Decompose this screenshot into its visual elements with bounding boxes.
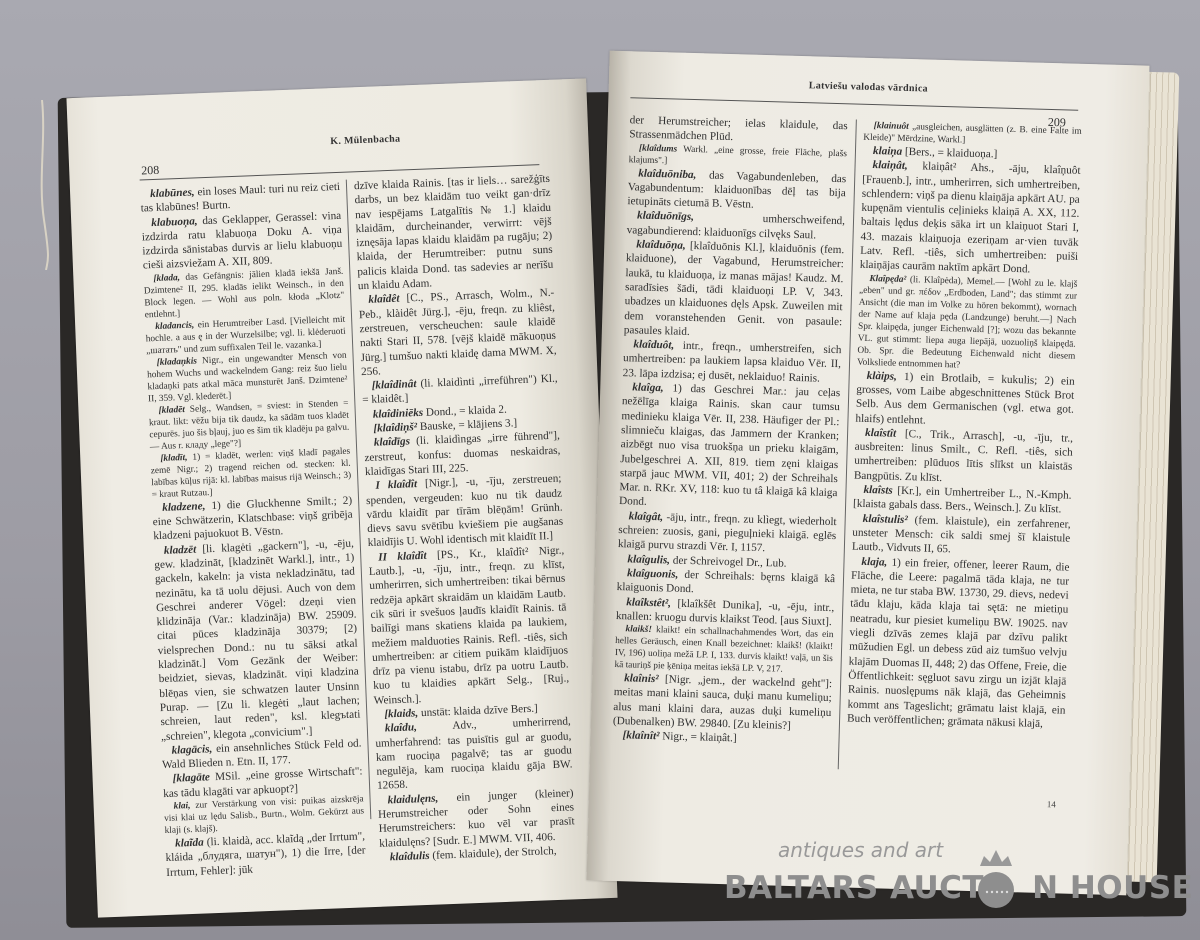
dictionary-entry: klàips, 1) ein Brotlaib, = kukulis; 2) e… <box>855 368 1075 431</box>
dictionary-entry: Klaîpęda² (li. Klaîpėda), Memel.— [Wohl … <box>857 272 1078 374</box>
entry-headword: klaikš! <box>625 624 652 635</box>
entry-definition: [PS., Kr., klaîdît² Nigr., Lautb.], -u, … <box>369 544 570 706</box>
entry-headword: klaîgât, <box>629 510 664 523</box>
entry-headword: II klaîdît <box>378 550 427 564</box>
running-head-left: K. Mülenbacha <box>330 134 400 148</box>
entry-headword: klagācis, <box>171 743 212 757</box>
entry-headword: kladancis, <box>155 320 194 331</box>
entry-headword: [klagāte <box>172 772 210 785</box>
binding-thread <box>22 100 62 270</box>
entry-headword: klaîduôt, <box>633 339 674 352</box>
entry-headword: klaîstît <box>865 427 896 440</box>
entry-definition: der Herumstreicher; ielas klaidule, das … <box>629 114 848 143</box>
entry-headword: klaîduōniba, <box>638 167 696 181</box>
entry-headword: I klaîdît <box>375 478 417 492</box>
entry-headword: klaîkstêt², <box>626 596 671 609</box>
dictionary-entry: klaikš! klaikt! ein schallnachahmendes W… <box>614 623 833 677</box>
dictionary-entry: kladzēt [li. klagėti „gackern"], -u, -ēj… <box>154 536 362 744</box>
entry-headword: [klaînît² <box>622 730 659 743</box>
watermark-tagline: antiques and art <box>778 838 943 862</box>
left-column-1: klabūnes, ein loses Maul: turi nu reiz c… <box>140 180 366 880</box>
dictionary-entry: [kladīt, 1) = kladēt, werlen: viņš kladī… <box>150 445 352 501</box>
entry-definition: 1) ein freier, offener, leerer Raum, die… <box>847 556 1070 730</box>
dictionary-entry: klaîga, 1) das Geschrei Mar.: jau ceļas … <box>619 380 841 515</box>
dictionary-entry: klaîdu, Adv., umherirrend, umherfahrend:… <box>375 715 574 794</box>
entry-headword: [kladīt, <box>160 453 187 464</box>
header-rule-right <box>630 97 1078 111</box>
crown-orb-icon <box>976 844 1016 912</box>
entry-headword: klaîdīgs <box>374 436 410 449</box>
dictionary-entry: klaja, 1) ein freier, offener, leerer Ra… <box>847 554 1070 732</box>
entry-headword: klaînis² <box>624 672 659 685</box>
entry-definition: 1) das Geschrei Mar.: jau ceļas nežēlīga… <box>619 382 840 508</box>
left-column-2: dzīve klaida Rainis. [tas ir liels… sare… <box>354 172 576 865</box>
dictionary-entry: I klaîdît [Nigr.], -u, -īju, zerstreuen;… <box>365 472 564 551</box>
entry-definition: Nigr., = klaiņât.] <box>659 731 736 745</box>
right-column-2: [klainuôt „ausgleichen, ausglätten (z. B… <box>847 120 1082 732</box>
entry-headword: [klaîdinât <box>371 378 416 392</box>
entry-headword: kladzene, <box>162 500 206 514</box>
page-number-left: 208 <box>141 163 160 179</box>
entry-definition: dzīve klaida Rainis. [tas ir liels… sare… <box>354 173 554 293</box>
entry-definition: klaiņât² Ahs., -āju, klaîņuôt [Frauenb.]… <box>860 160 1081 276</box>
entry-definition: [Bers., = klaiduoņa.] <box>902 146 997 161</box>
dictionary-entry: [klada, das Gefängnis: jālien kladā iekš… <box>143 266 345 322</box>
entry-headword: klaidulęns, <box>387 792 438 806</box>
entry-headword: [klaids, <box>384 707 418 720</box>
entry-headword: klaîgulis, <box>627 553 670 566</box>
dictionary-entry: [kladaņkis Nigr., ein ungewandter Mensch… <box>146 350 348 406</box>
entry-headword: klaĩda <box>175 837 204 850</box>
running-head-right: Latviešu valodas vārdnica <box>809 80 928 94</box>
entry-headword: kladzēt <box>164 543 197 556</box>
signature-mark: 14 <box>1047 799 1056 809</box>
entry-headword: klabūnes, <box>150 186 195 200</box>
right-column-1: der Herumstreicher; ielas klaidule, das … <box>612 113 847 748</box>
entry-headword: klaîdêt <box>368 293 400 306</box>
entry-headword: klaiņa <box>873 145 903 158</box>
entry-headword: klaîduōnīgs, <box>637 210 694 224</box>
dictionary-entry: klaîduōņa, [klaîduōnis Kl.], klaiduōnis … <box>624 237 845 343</box>
dictionary-entry: klaînis² [Nigr. „jem., der wackelnd geht… <box>613 671 833 734</box>
entry-headword: klabuoņa, <box>151 215 198 229</box>
entry-headword: [kladēt <box>158 405 185 416</box>
right-page: Latviešu valodas vārdnica 209 der Herums… <box>587 51 1150 896</box>
entry-headword: [klada, <box>153 273 180 284</box>
dictionary-entry: klabuoņa, das Geklapper, Gerassel: vina … <box>141 208 343 273</box>
dictionary-entry: klaidulęns, ein junger (kleiner) Herumst… <box>377 786 575 851</box>
watermark-brand: BALTARS AUCTIN HOUSE <box>724 870 1193 906</box>
dictionary-entry: [kladēt Selg., Wandsen, = sviest: in Ste… <box>148 397 350 453</box>
entry-headword: klaîstulis² <box>863 513 908 526</box>
entry-definition: [li. klagėti „gackern"], -u, -ēju, gew. … <box>154 537 360 742</box>
dictionary-entry: dzīve klaida Rainis. [tas ir liels… sare… <box>354 172 554 294</box>
dictionary-entry: klaîstulis² (fem. klaistule), ein zerfah… <box>852 511 1071 560</box>
entry-definition: [klaîduōnis Kl.], klaiduōnis (fem. klaid… <box>624 240 845 338</box>
dictionary-entry: klaîdīgs (li. klaidìngas „irre führend"]… <box>364 429 562 479</box>
entry-headword: [klainuôt <box>874 121 909 132</box>
entry-headword: klaîdiniēks <box>373 407 424 421</box>
entry-definition: (li. Klaîpėda), Memel.— [Wohl zu le. kla… <box>857 275 1078 371</box>
entry-headword: [kladaņkis <box>156 356 197 368</box>
entry-headword: klaîguonis, <box>627 567 679 580</box>
entry-headword: klaîga, <box>632 381 664 394</box>
dictionary-entry: kladzene, 1) die Gluckhenne Smilt.; 2) e… <box>152 493 353 544</box>
dictionary-entry: klaĩda (li. klaidà, acc. klaĩdą „der Irr… <box>165 829 366 880</box>
entry-headword: klaîsts <box>863 484 893 497</box>
dictionary-entry: klaîgât, -āju, intr., freqn. zu klìegt, … <box>618 509 837 558</box>
entry-headword: klàips, <box>867 370 897 383</box>
left-page: K. Mülenbacha 208 klabūnes, ein loses Ma… <box>66 78 617 917</box>
dictionary-entry: klaiņât, klaiņât² Ahs., -āju, klaîņuôt [… <box>860 158 1081 278</box>
entry-headword: klai, <box>174 801 191 812</box>
entry-headword: [klaîdums <box>639 143 677 154</box>
dictionary-entry: II klaîdît [PS., Kr., klaîdît² Nigr., La… <box>368 543 570 708</box>
entry-headword: klaîdu, <box>385 722 417 735</box>
entry-headword: klaiņât, <box>872 159 907 172</box>
entry-headword: Klaîpęda² <box>869 274 906 285</box>
dictionary-entry: klaîdêt [C., PS., Arrasch, Wolm., N.-Peb… <box>358 286 557 379</box>
entry-headword: [klaîdiņš² <box>373 421 417 435</box>
entry-headword: klaîduōņa, <box>636 239 686 252</box>
entry-headword: klaja, <box>861 555 887 568</box>
entry-definition: (fem. klaidule), der Strolch, <box>429 845 556 862</box>
dictionary-entry: klaîduôt, intr., freqn., umherstreifen, … <box>622 337 841 386</box>
dictionary-entry: klaîduōniba, das Vagabundenleben, das Va… <box>627 166 846 215</box>
dictionary-entry: klaîstît [C., Trik., Arrasch], -u, -īju,… <box>854 425 1074 488</box>
entry-headword: klaîdulis <box>390 850 430 864</box>
